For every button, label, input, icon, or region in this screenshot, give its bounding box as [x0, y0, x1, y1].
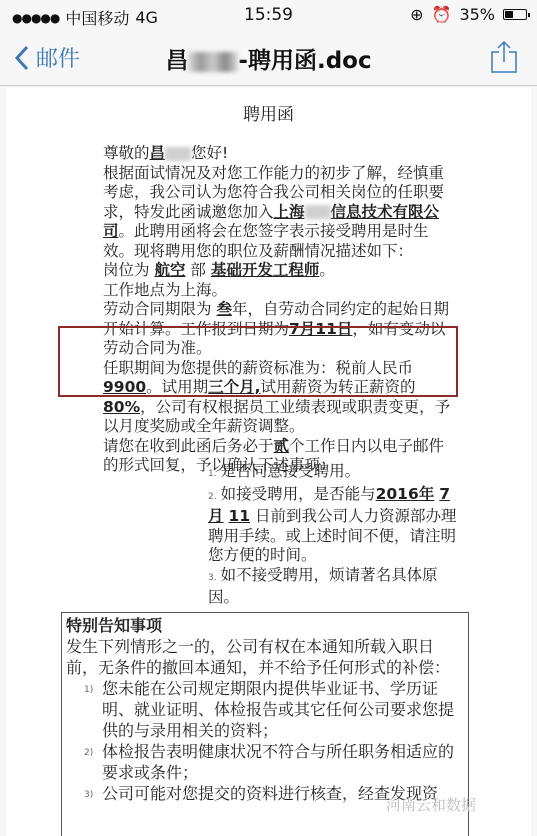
redacted-name [188, 52, 238, 72]
rotation-lock-icon: ⊕ [410, 5, 423, 24]
paragraph-intro: 根据面试情况及对您工作能力的初步了解，经慎重考虑，我公司认为您符合我公司相关岗位… [82, 164, 452, 262]
greeting: 尊敬的昌您好! [82, 144, 452, 164]
notice-item: 2)体检报告表明健康状况不符合与所任职务相适应的要求或条件； [66, 741, 464, 783]
position-line: 岗位为 航空 部 基础开发工程师。 [82, 261, 452, 281]
battery-percent: 35% [459, 5, 495, 24]
notice-intro: 发生下列情形之一的，公司有权在本通知所载入职日前，无条件的撤回本通知，并不给予任… [66, 636, 464, 678]
list-item: 1.是否同意接受聘用。 [208, 462, 458, 485]
letter-body: 尊敬的昌您好! 根据面试情况及对您工作能力的初步了解，经慎重考虑，我公司认为您符… [82, 144, 452, 476]
location-line: 工作地点为上海。 [82, 281, 452, 301]
battery-icon [503, 9, 527, 20]
document-viewer[interactable]: 聘用函 尊敬的昌您好! 根据面试情况及对您工作能力的初步了解，经慎重考虑，我公司… [6, 88, 531, 836]
list-item: 2.如接受聘用，是否能与2016年 7月 11 日前到我公司人力资源部办理聘用手… [208, 485, 458, 566]
alarm-icon: ⏰ [432, 5, 452, 24]
status-bar: ●●●●● 中国移动 4G 15:59 ⊕ ⏰ 35% [0, 0, 537, 30]
salary-highlight-box [58, 326, 458, 397]
share-icon[interactable] [489, 40, 519, 74]
list-item: 3.如不接受聘用，烦请著名具体原因。 [208, 566, 458, 608]
watermark: 河南云和数据 [386, 794, 476, 815]
navigation-bar: 邮件 昌-聘用函.doc [0, 30, 537, 86]
document-title: 聘用函 [6, 100, 531, 125]
document-filename: 昌-聘用函.doc [0, 42, 537, 75]
notice-heading: 特别告知事项 [66, 615, 464, 636]
notice-item: 1)您未能在公司规定期限内提供毕业证书、学历证明、就业证明、体检报告或其它任何公… [66, 678, 464, 741]
confirmation-list: 1.是否同意接受聘用。 2.如接受聘用，是否能与2016年 7月 11 日前到我… [208, 462, 458, 608]
